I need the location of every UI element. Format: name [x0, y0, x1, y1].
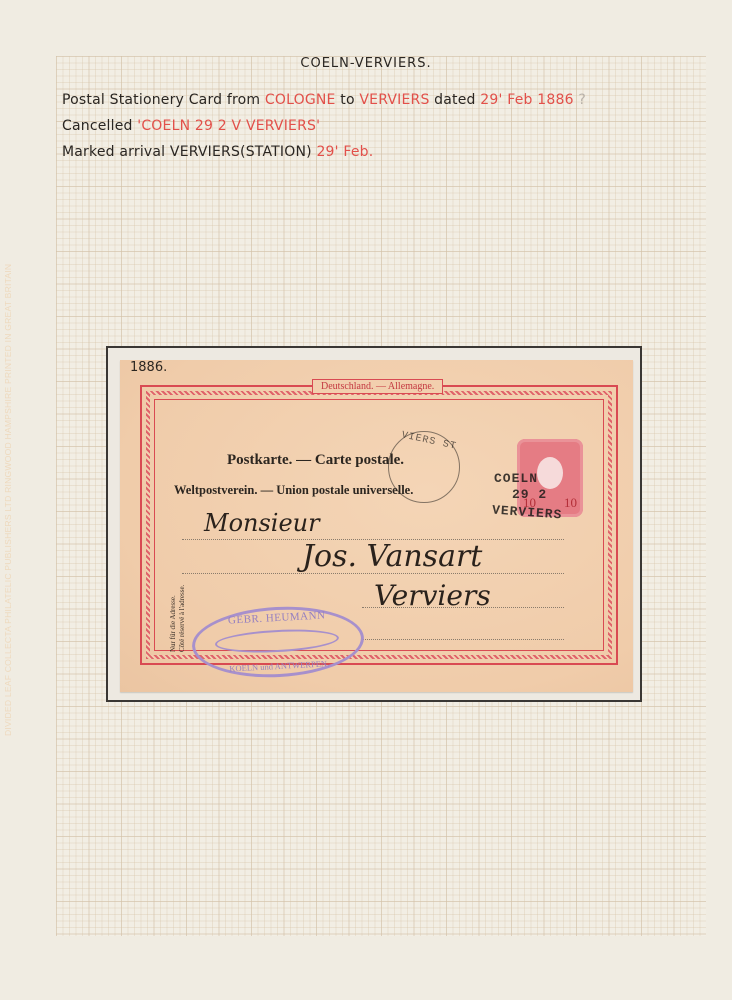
description-line-3: Marked arrival VERVIERS(STATION) 29' Feb… — [62, 144, 373, 160]
card-frame: Deutschland. — Allemagne. VIERS ST Postk… — [140, 385, 618, 665]
cancel-line-2: 29 2 — [512, 487, 547, 502]
publisher-imprint: DIVIDED LEAF COLLECTA PHILATELIC PUBLISH… — [3, 160, 17, 840]
country-label: Deutschland. — Allemagne. — [312, 379, 443, 394]
cachet-inner-oval — [214, 627, 339, 655]
desc-text: Cancelled — [62, 118, 137, 134]
address-name: Jos. Vansart — [302, 539, 482, 574]
page-heading: COELN-VERVIERS. — [0, 56, 732, 71]
album-page: DIVIDED LEAF COLLECTA PHILATELIC PUBLISH… — [0, 0, 732, 1000]
sender-cachet: GEBR. HEUMANN KOELN und ANTWERPEN. — [190, 603, 365, 682]
cancel-text: 'COELN 29 2 V VERVIERS' — [137, 118, 320, 134]
description-line-1: Postal Stationery Card from COLOGNE to V… — [62, 92, 586, 108]
origin-city: COLOGNE — [265, 92, 336, 108]
card-title: Postkarte. — Carte postale. — [227, 452, 404, 469]
date: 29' Feb 1886 — [480, 92, 573, 108]
description-line-2: Cancelled 'COELN 29 2 V VERVIERS' — [62, 118, 320, 134]
address-city: Verviers — [374, 579, 491, 612]
address-line — [362, 639, 564, 640]
destination-city: VERVIERS — [359, 92, 429, 108]
card-subtitle: Weltpostverein. — Union postale universe… — [174, 483, 413, 498]
cancel-line-1: COELN — [494, 471, 538, 486]
address-salutation: Monsieur — [204, 509, 320, 537]
note-de: Nur für die Adresse. — [169, 595, 177, 652]
arrival-date: 29' Feb. — [316, 144, 373, 160]
desc-text: to — [336, 92, 360, 108]
year-note: 1886. — [130, 360, 167, 375]
note-fr: Côté réservé à l'adresse. — [178, 585, 186, 652]
desc-text: dated — [430, 92, 481, 108]
desc-text: Marked arrival VERVIERS(STATION) — [62, 144, 316, 160]
query-mark: ? — [574, 92, 586, 108]
desc-text: Postal Stationery Card from — [62, 92, 265, 108]
postal-card: 1886. Deutschland. — Allemagne. VIERS ST… — [120, 360, 633, 692]
stamp-value: 10 — [564, 495, 577, 511]
cachet-bottom-text: KOELN und ANTWERPEN. — [196, 657, 362, 676]
eagle-icon — [537, 457, 563, 489]
